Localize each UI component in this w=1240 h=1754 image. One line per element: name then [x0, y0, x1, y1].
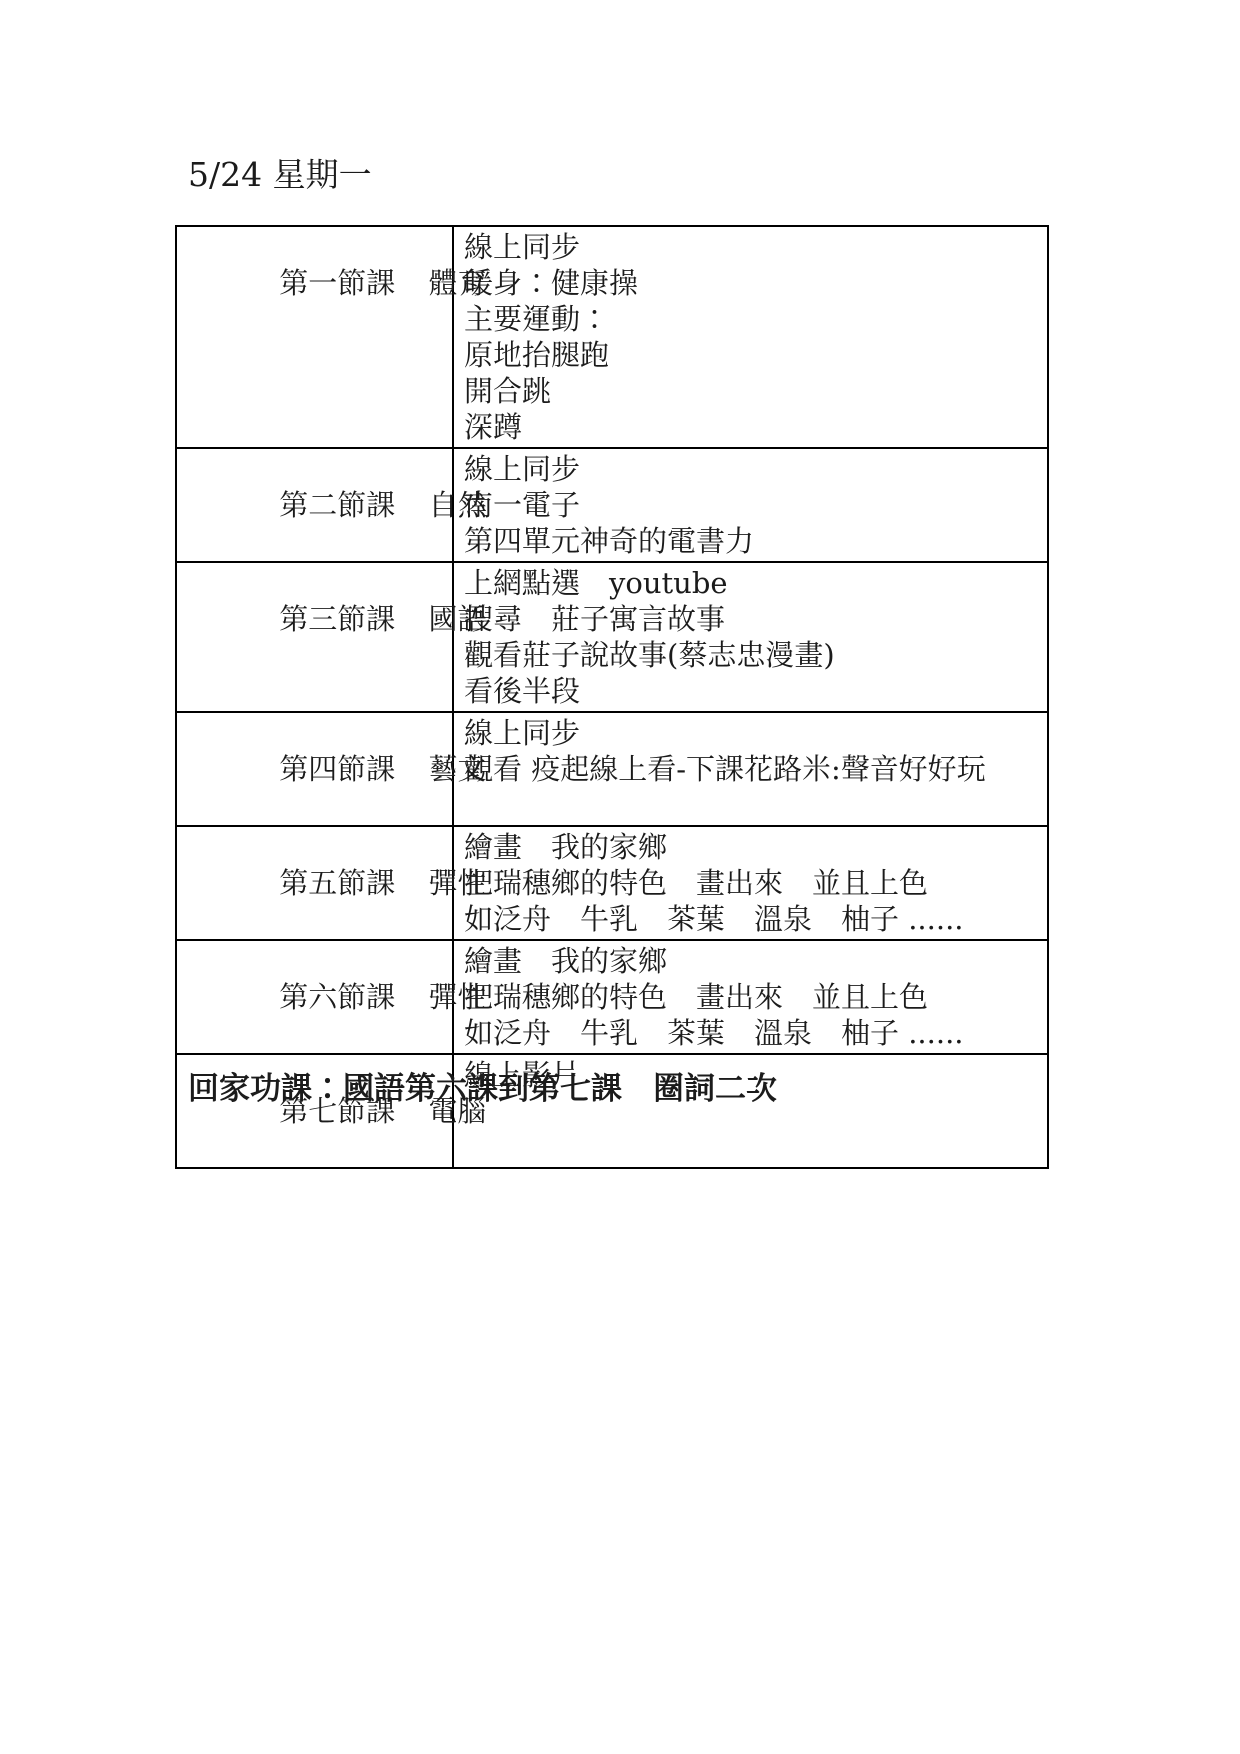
period-label: 第六節課: [279, 980, 395, 1014]
activity-line: 上網點選 youtube: [464, 565, 1036, 601]
activity-line: 線上同步: [464, 229, 1036, 265]
period-label: 第五節課: [279, 866, 395, 900]
activity-line: 第四單元神奇的電書力: [464, 523, 1036, 559]
period-label: 第四節課: [279, 752, 395, 786]
activities-cell: 線上同步 觀看 疫起線上看-下課花路米:聲音好好玩: [453, 712, 1048, 826]
activity-line: 主要運動：: [464, 301, 1036, 337]
schedule-table: 第一節課體育 線上同步 暖身：健康操 主要運動： 原地抬腿跑 開合跳 深蹲 第二…: [175, 225, 1049, 1169]
period-cell: 第五節課彈性: [176, 826, 453, 940]
activities-cell: 線上同步 暖身：健康操 主要運動： 原地抬腿跑 開合跳 深蹲: [453, 226, 1048, 448]
activities-cell: 繪畫 我的家鄉 把瑞穗鄉的特色 畫出來 並且上色 如泛舟 牛乳 茶葉 溫泉 柚子…: [453, 940, 1048, 1054]
activity-line: 原地抬腿跑: [464, 337, 1036, 373]
period-cell: 第一節課體育: [176, 226, 453, 448]
period-label: 第一節課: [279, 266, 395, 300]
period-cell: 第三節課國語: [176, 562, 453, 712]
schedule-row-3: 第三節課國語 上網點選 youtube 搜尋 莊子寓言故事 觀看莊子說故事(蔡志…: [176, 562, 1048, 712]
activity-line: 觀看 疫起線上看-下課花路米:聲音好好玩: [464, 751, 1036, 787]
schedule-row-6: 第六節課彈性 繪畫 我的家鄉 把瑞穗鄉的特色 畫出來 並且上色 如泛舟 牛乳 茶…: [176, 940, 1048, 1054]
activity-line: 把瑞穗鄉的特色 畫出來 並且上色: [464, 979, 1036, 1015]
activity-line: 如泛舟 牛乳 茶葉 溫泉 柚子 ......: [464, 1015, 1036, 1051]
activities-cell: 上網點選 youtube 搜尋 莊子寓言故事 觀看莊子說故事(蔡志忠漫畫) 看後…: [453, 562, 1048, 712]
schedule-row-5: 第五節課彈性 繪畫 我的家鄉 把瑞穗鄉的特色 畫出來 並且上色 如泛舟 牛乳 茶…: [176, 826, 1048, 940]
activity-line: 繪畫 我的家鄉: [464, 943, 1036, 979]
period-cell: 第四節課藝文: [176, 712, 453, 826]
activity-line: 線上同步: [464, 451, 1036, 487]
schedule-row-1: 第一節課體育 線上同步 暖身：健康操 主要運動： 原地抬腿跑 開合跳 深蹲: [176, 226, 1048, 448]
activity-line: 線上同步: [464, 715, 1036, 751]
activity-line: 暖身：健康操: [464, 265, 1036, 301]
schedule-row-2: 第二節課自然 線上同步 南一電子 第四單元神奇的電書力: [176, 448, 1048, 562]
schedule-row-4: 第四節課藝文 線上同步 觀看 疫起線上看-下課花路米:聲音好好玩: [176, 712, 1048, 826]
activity-line: 深蹲: [464, 409, 1036, 445]
period-cell: 第二節課自然: [176, 448, 453, 562]
activity-line: 把瑞穗鄉的特色 畫出來 並且上色: [464, 865, 1036, 901]
activity-line: 看後半段: [464, 673, 1036, 709]
period-label: 第二節課: [279, 488, 395, 522]
activity-line: 開合跳: [464, 373, 1036, 409]
activity-line: 南一電子: [464, 487, 1036, 523]
activity-line: 觀看莊子說故事(蔡志忠漫畫): [464, 637, 1036, 673]
activities-cell: 繪畫 我的家鄉 把瑞穗鄉的特色 畫出來 並且上色 如泛舟 牛乳 茶葉 溫泉 柚子…: [453, 826, 1048, 940]
period-label: 第三節課: [279, 602, 395, 636]
homework-note: 回家功課：國語第六課到第七課 圈詞二次: [188, 1068, 777, 1110]
document-page: 5/24 星期一 第一節課體育 線上同步 暖身：健康操 主要運動： 原地抬腿跑 …: [0, 0, 1240, 1754]
activity-line: 搜尋 莊子寓言故事: [464, 601, 1036, 637]
activity-line: 如泛舟 牛乳 茶葉 溫泉 柚子 ......: [464, 901, 1036, 937]
activities-cell: 線上同步 南一電子 第四單元神奇的電書力: [453, 448, 1048, 562]
document-title: 5/24 星期一: [188, 155, 372, 195]
activity-line: 繪畫 我的家鄉: [464, 829, 1036, 865]
period-cell: 第六節課彈性: [176, 940, 453, 1054]
